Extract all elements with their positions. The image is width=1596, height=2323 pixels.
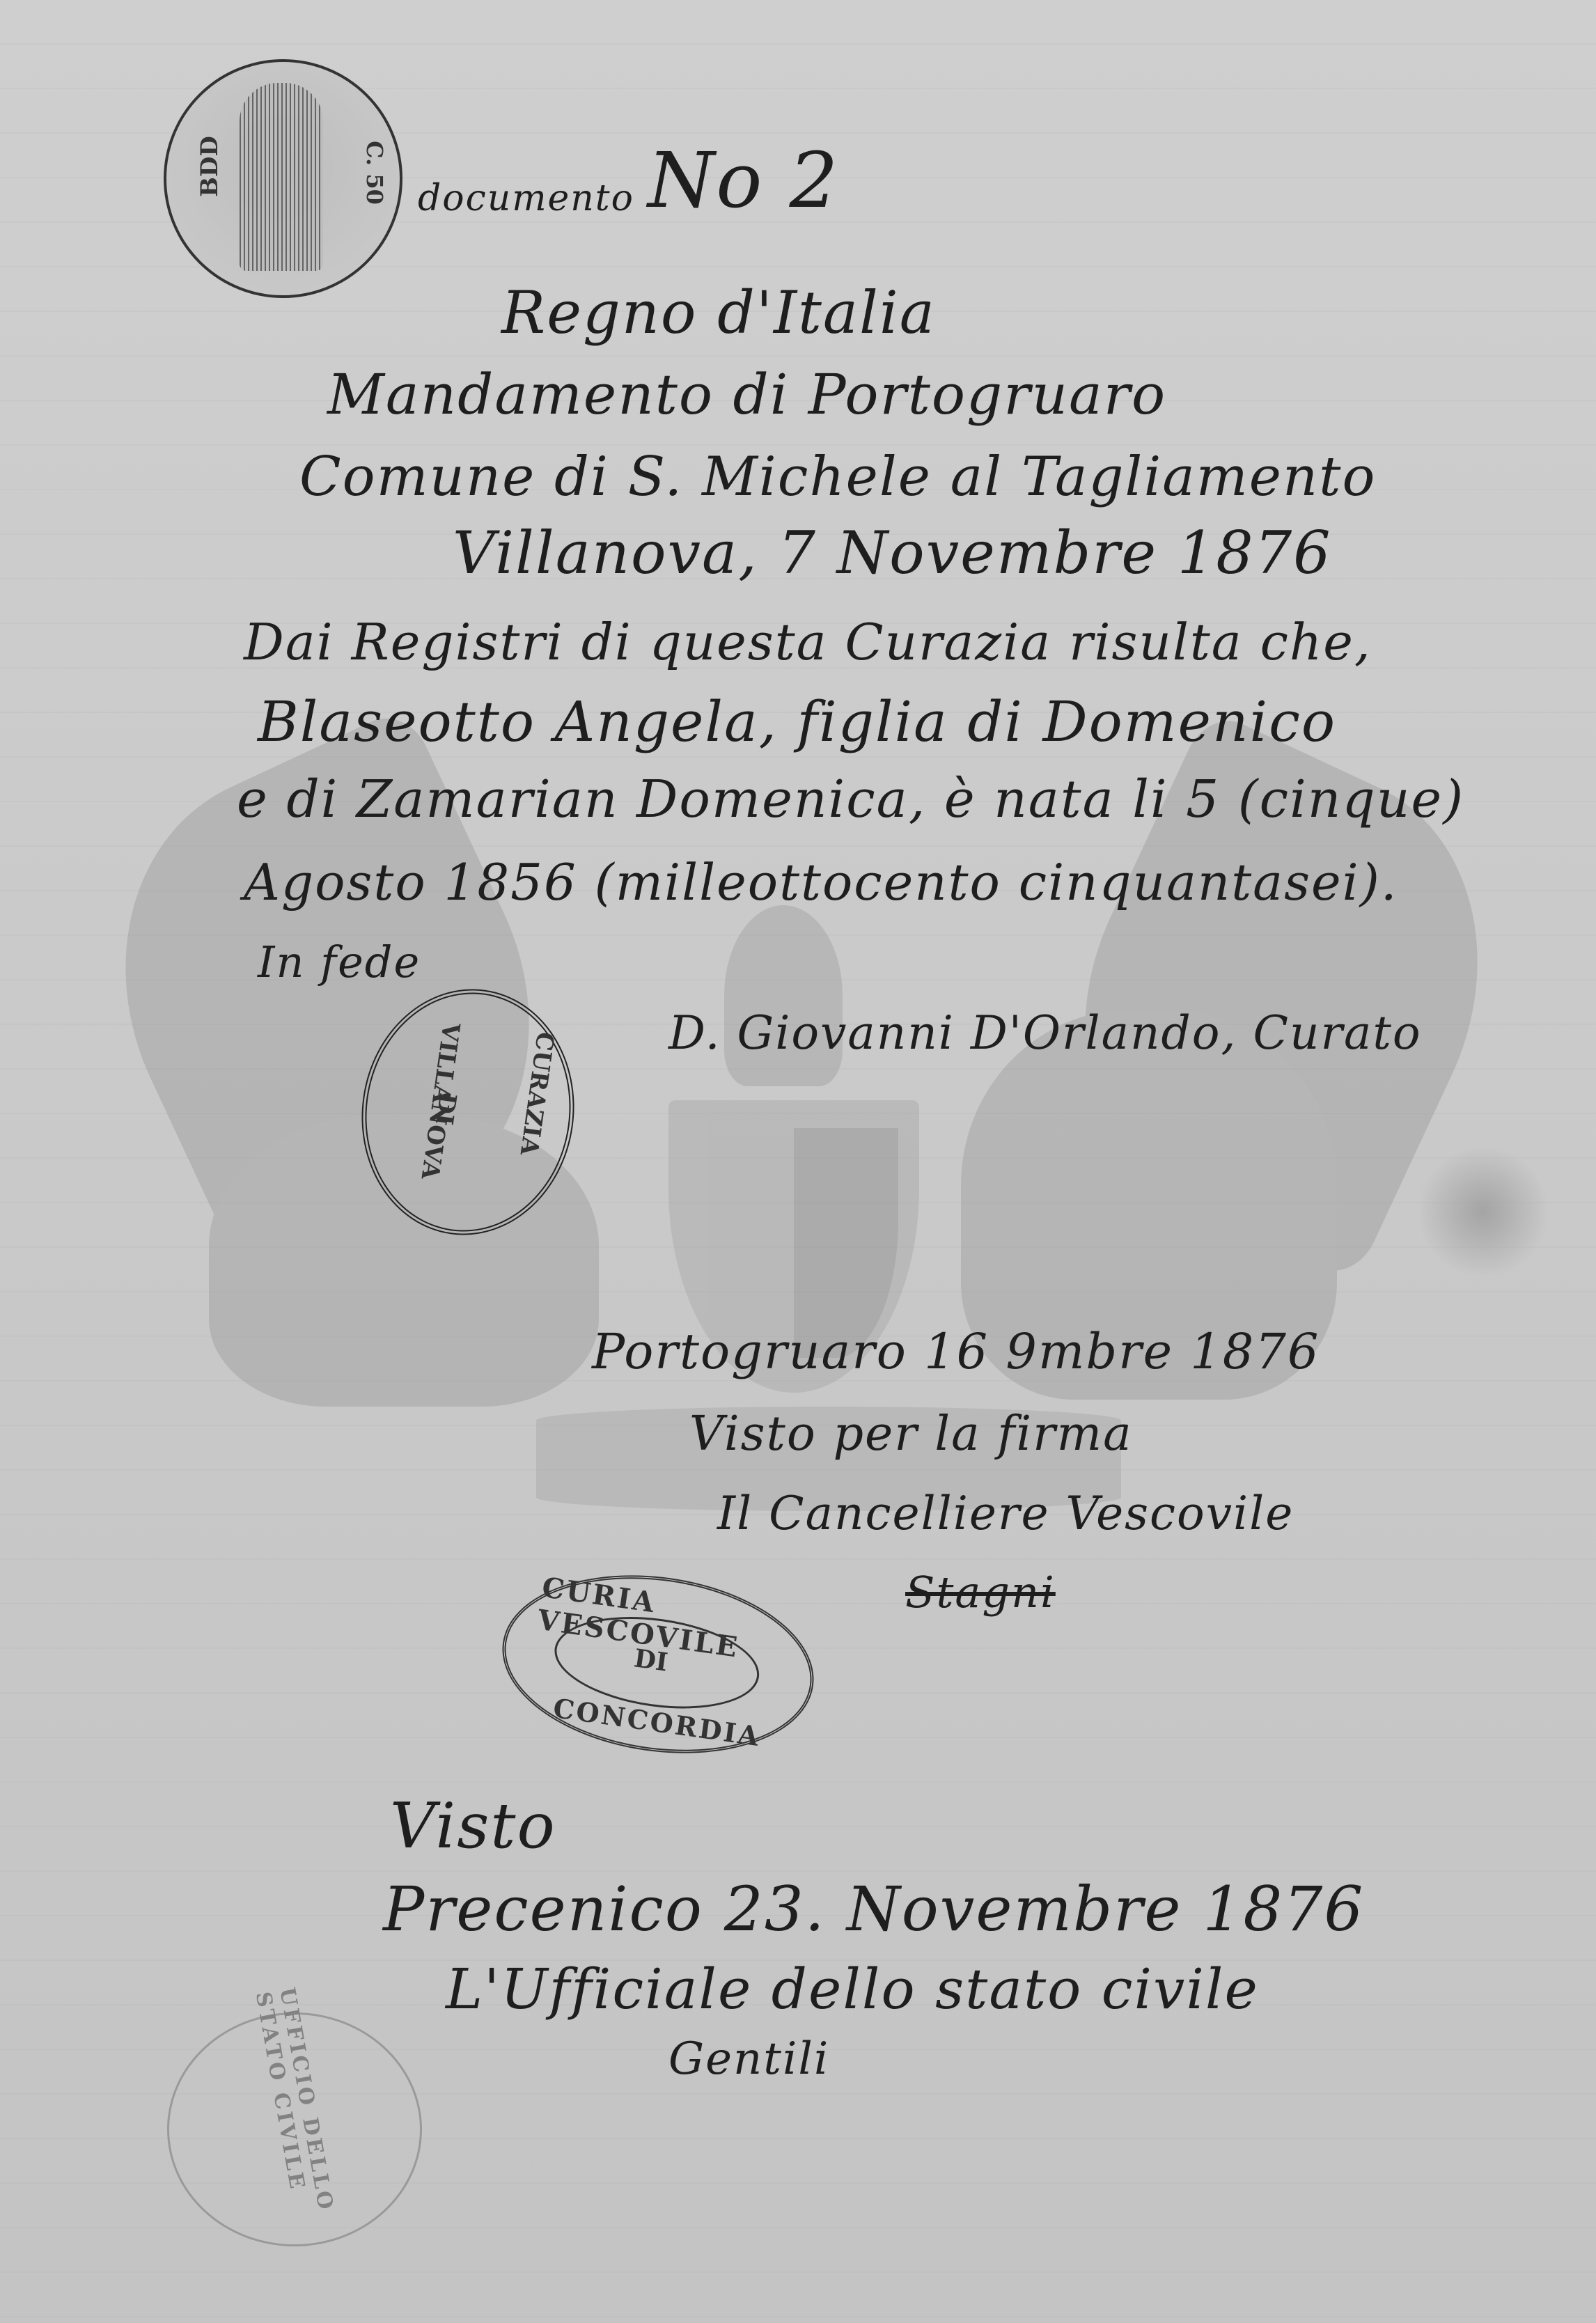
body-line-2: Blaseotto Angela, figlia di Domenico xyxy=(258,689,1336,754)
chancellor-signature: Stagni xyxy=(905,1567,1056,1618)
body-line-3: e di Zamarian Domenica, è nata li 5 (cin… xyxy=(237,769,1464,829)
stamp-text-curazia: CURAZIA xyxy=(515,1030,559,1157)
body-line-4: Agosto 1856 (milleottocento cinquantasei… xyxy=(244,853,1398,912)
certification-date: Portogruaro 16 9mbre 1876 xyxy=(592,1323,1320,1380)
italia-figure-icon xyxy=(240,83,323,271)
seal-right-label: C. 50 xyxy=(361,141,388,205)
stato-civile-stamp: UFFICIO DELLO STATO CIVILE xyxy=(167,2012,422,2246)
doc-number-label: documento xyxy=(418,178,634,219)
ink-smudge xyxy=(1421,1142,1546,1281)
certification-visto: Visto per la firma xyxy=(689,1407,1133,1462)
visto-text: Visto xyxy=(390,1790,556,1863)
curate-signature: D. Giovanni D'Orlando, Curato xyxy=(668,1006,1422,1060)
heading-municipality: Comune di S. Michele al Tagliamento xyxy=(299,446,1376,508)
certification-title: Il Cancelliere Vescovile xyxy=(717,1487,1294,1540)
visto-date: Precenico 23. Novembre 1876 xyxy=(383,1873,1364,1945)
official-signature: Gentili xyxy=(668,2033,829,2085)
body-line-1: Dai Registri di questa Curazia risulta c… xyxy=(244,613,1372,671)
faint-stamp-text: UFFICIO DELLO STATO CIVILE xyxy=(251,1986,343,2246)
heading-place-date: Villanova, 7 Novembre 1876 xyxy=(453,519,1332,587)
heading-kingdom: Regno d'Italia xyxy=(501,279,936,347)
heading-district: Mandamento di Portogruaro xyxy=(327,362,1166,427)
in-fede-text: In fede xyxy=(258,937,421,987)
visto-official-title: L'Ufficiale dello stato civile xyxy=(446,1957,1259,2021)
seal-left-label: BDD xyxy=(196,136,224,197)
oval-stamp-middle: DI xyxy=(632,1643,669,1677)
revenue-stamp-seal: BDD C. 50 xyxy=(164,59,402,298)
doc-number: No 2 xyxy=(648,136,839,225)
